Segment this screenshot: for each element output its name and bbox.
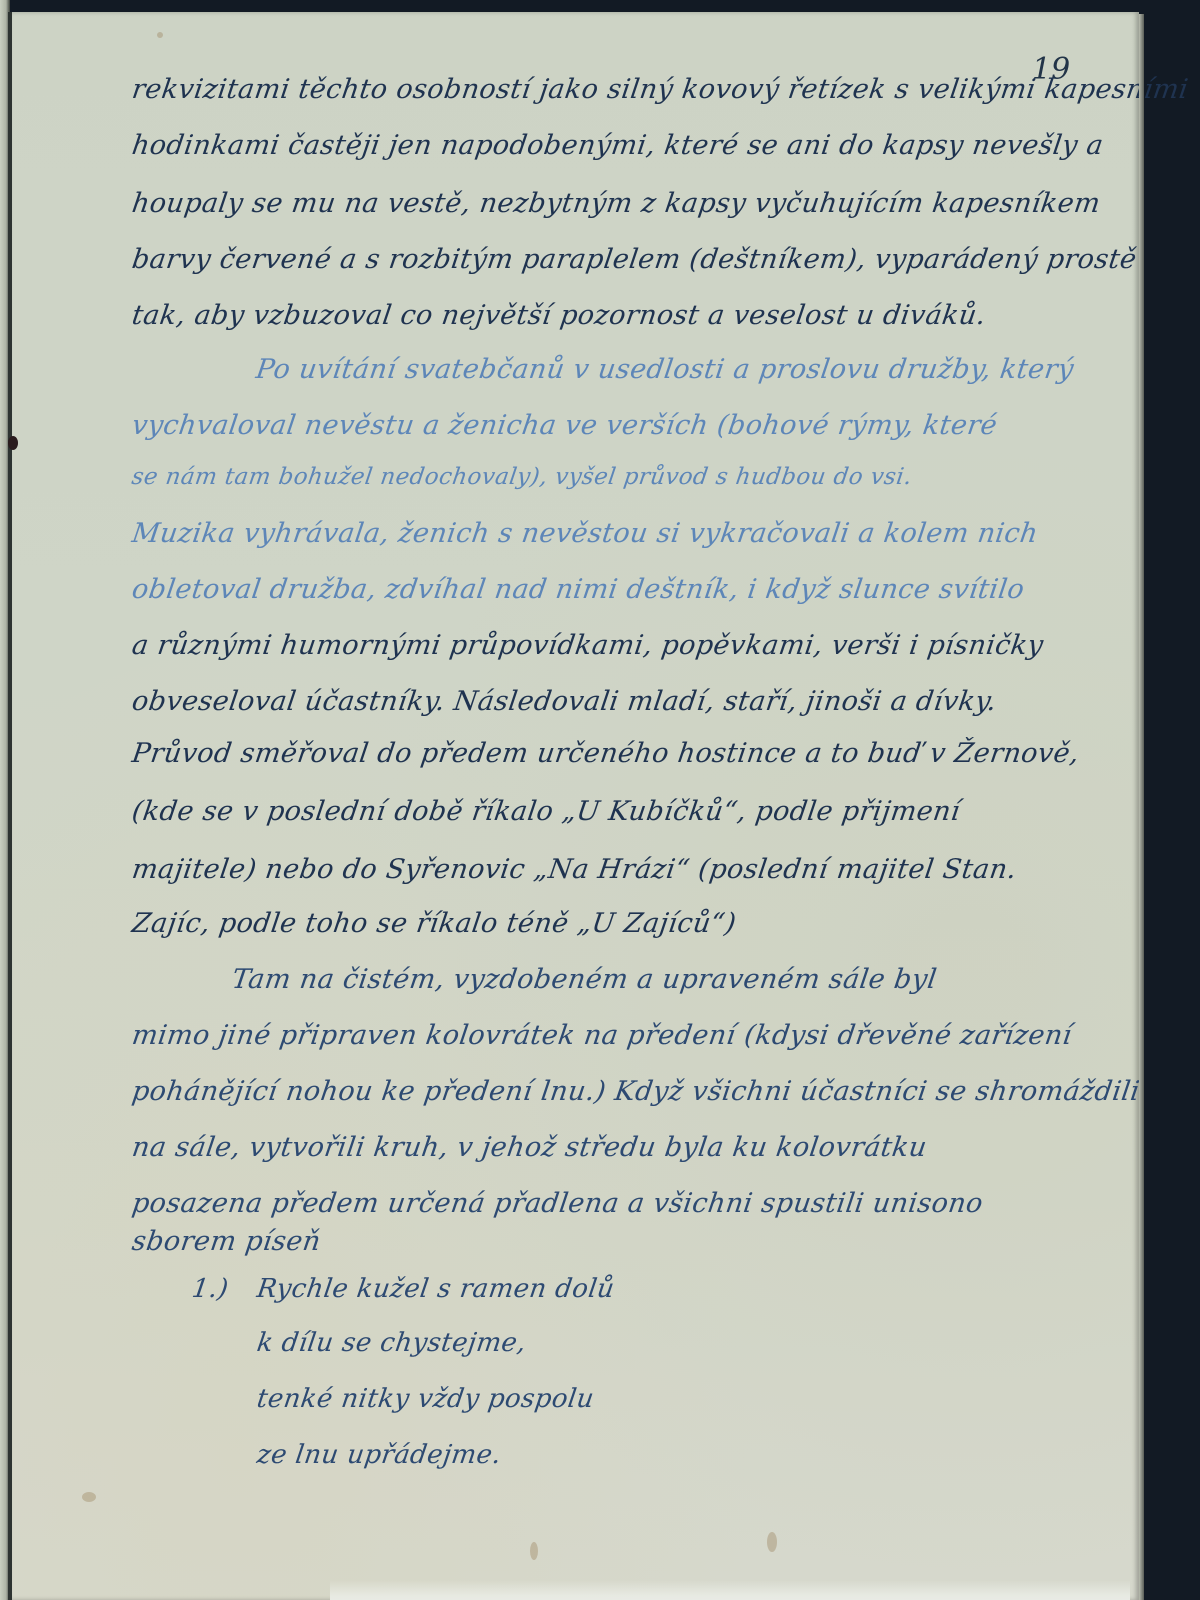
text-line: houpaly se mu na vestě, nezbytným z kaps… bbox=[130, 188, 1102, 219]
text-line: barvy červené a s rozbitým paraplelem (d… bbox=[130, 244, 1139, 275]
text-line: rekvizitami těchto osobností jako silný … bbox=[130, 74, 1190, 105]
text-line: (kde se v poslední době říkalo „U Kubíčk… bbox=[130, 796, 962, 827]
text-line: majitele) nebo do Syřenovic „Na Hrázi“ (… bbox=[130, 854, 1019, 885]
text-line: vychvaloval nevěstu a ženicha ve verších… bbox=[130, 410, 999, 441]
text-line: na sále, vytvořili kruh, v jehož středu … bbox=[130, 1132, 929, 1163]
text-line: Průvod směřoval do předem určeného hosti… bbox=[130, 738, 1081, 769]
text-line: Zajíc, podle toho se říkalo téně „U Zají… bbox=[130, 908, 738, 939]
ink-blot bbox=[8, 436, 18, 450]
verse-line: tenké nitky vždy pospolu bbox=[255, 1384, 596, 1414]
manuscript-page: 19 rekvizitami těchto osobností jako sil… bbox=[12, 12, 1139, 1600]
text-line: sborem píseň bbox=[130, 1226, 323, 1257]
text-line: a různými humornými průpovídkami, popěvk… bbox=[130, 630, 1045, 661]
text-line: Po uvítání svatebčanů v usedlosti a pros… bbox=[254, 354, 1076, 385]
text-line: tak, aby vzbuzoval co největší pozornost… bbox=[130, 300, 988, 331]
text-line: obletoval družba, zdvíhal nad nimi deštn… bbox=[130, 574, 1026, 605]
verse-line: Rychle kužel s ramen dolů bbox=[255, 1274, 616, 1304]
text-line: posazena předem určená přadlena a všichn… bbox=[130, 1188, 985, 1219]
paper-stain bbox=[530, 1542, 538, 1560]
text-line: pohánějící nohou ke předení lnu.) Když v… bbox=[130, 1076, 1142, 1107]
scanned-page: 19 rekvizitami těchto osobností jako sil… bbox=[0, 0, 1200, 1600]
verse-number: 1.) bbox=[190, 1274, 230, 1304]
text-line: Tam na čistém, vyzdobeném a upraveném sá… bbox=[230, 964, 939, 995]
text-line: mimo jiné připraven kolovrátek na předen… bbox=[130, 1020, 1074, 1051]
text-line: se nám tam bohužel nedochovaly), vyšel p… bbox=[130, 464, 914, 490]
scan-glare bbox=[330, 1580, 1130, 1600]
text-line: obveseloval účastníky. Následovali mladí… bbox=[130, 686, 999, 717]
paper-stain bbox=[767, 1532, 777, 1552]
verse-line: k dílu se chystejme, bbox=[255, 1328, 528, 1358]
paper-stain bbox=[157, 32, 163, 38]
text-line: Muzika vyhrávala, ženich s nevěstou si v… bbox=[130, 518, 1040, 549]
page-edge bbox=[1139, 14, 1144, 1600]
text-line: hodinkami častěji jen napodobenými, kter… bbox=[130, 130, 1105, 161]
verse-line: ze lnu upřádejme. bbox=[255, 1440, 503, 1470]
paper-stain bbox=[82, 1492, 96, 1502]
